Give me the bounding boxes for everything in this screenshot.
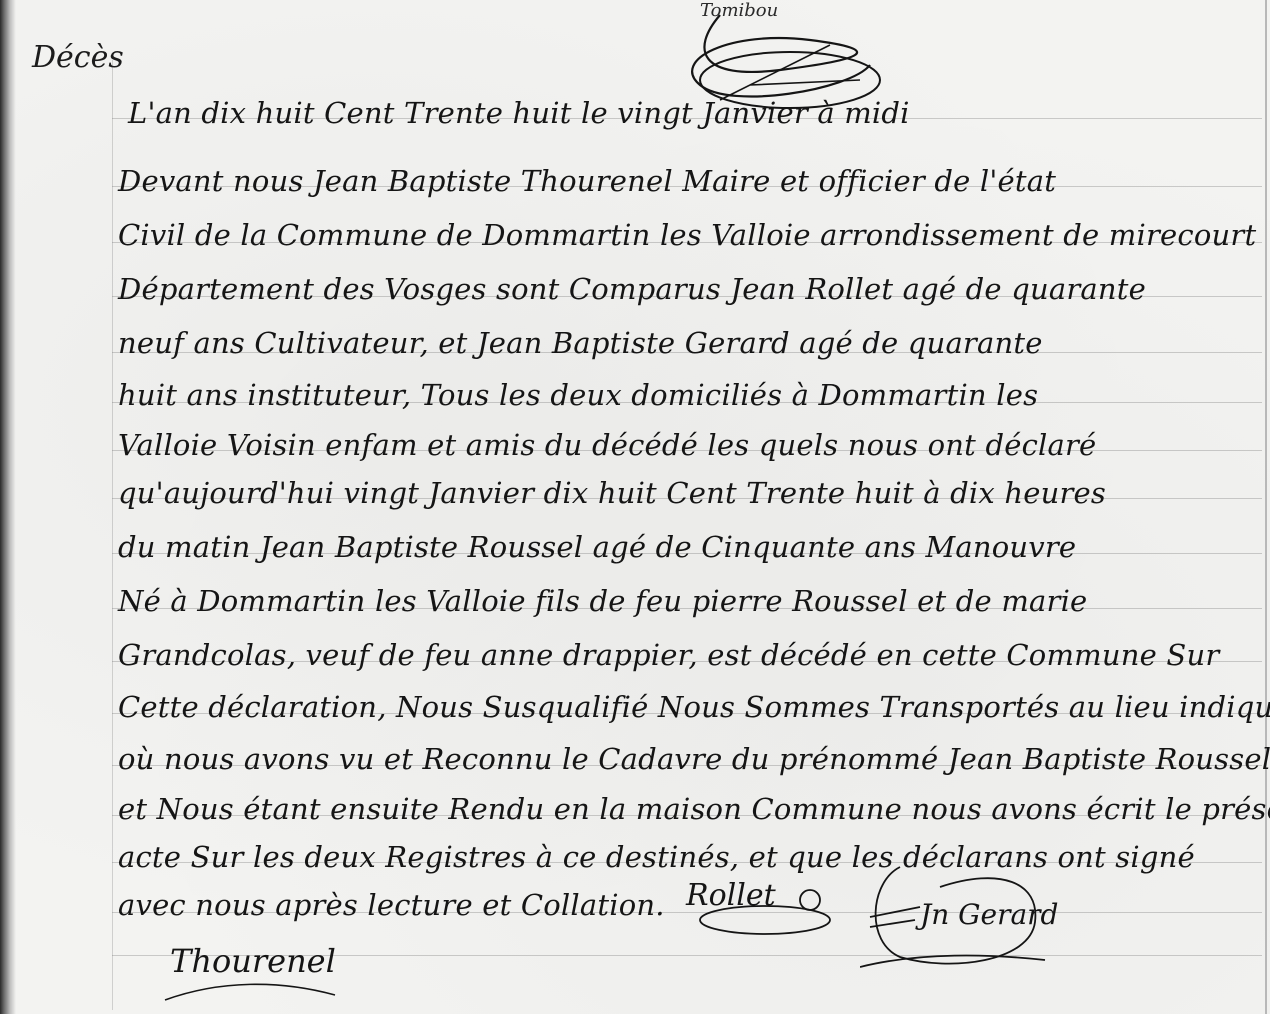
record-line-2: Devant nous Jean Baptiste Thourenel Mair… (118, 164, 1056, 198)
record-line-9: du matin Jean Baptiste Roussel agé de Ci… (118, 530, 1076, 564)
record-line-1: L'an dix huit Cent Trente huit le vingt … (128, 96, 910, 130)
signature-gerard-flourish-icon (860, 862, 1050, 972)
binding-edge (0, 0, 16, 1014)
record-line-16: avec nous après lecture et Collation. (118, 888, 665, 922)
record-line-13: où nous avons vu et Reconnu le Cadavre d… (118, 742, 1270, 776)
record-line-12: Cette déclaration, Nous Susqualifié Nous… (118, 690, 1270, 724)
page-right-edge (1265, 0, 1267, 1014)
margin-note-deces: Décès (32, 40, 124, 75)
record-line-4: Département des Vosges sont Comparus Jea… (118, 272, 1146, 306)
record-line-10: Né à Dommartin les Valloie fils de feu p… (118, 584, 1087, 618)
signature-flourish-icon (670, 880, 840, 940)
record-line-11: Grandcolas, veuf de feu anne drappier, e… (118, 638, 1219, 672)
signature-thourenel-flourish-icon (160, 975, 340, 1005)
record-line-3: Civil de la Commune de Dommartin les Val… (118, 218, 1256, 252)
margin-rule (112, 60, 113, 1010)
register-page: Décès Tomibou L'an dix huit Cent Trente … (0, 0, 1270, 1014)
record-line-8: qu'aujourd'hui vingt Janvier dix huit Ce… (118, 476, 1106, 510)
record-line-5: neuf ans Cultivateur, et Jean Baptiste G… (118, 326, 1043, 360)
record-line-14: et Nous étant ensuite Rendu en la maison… (118, 792, 1270, 826)
record-line-6: huit ans instituteur, Tous les deux domi… (118, 378, 1038, 412)
record-line-7: Valloie Voisin enfam et amis du décédé l… (118, 428, 1096, 462)
